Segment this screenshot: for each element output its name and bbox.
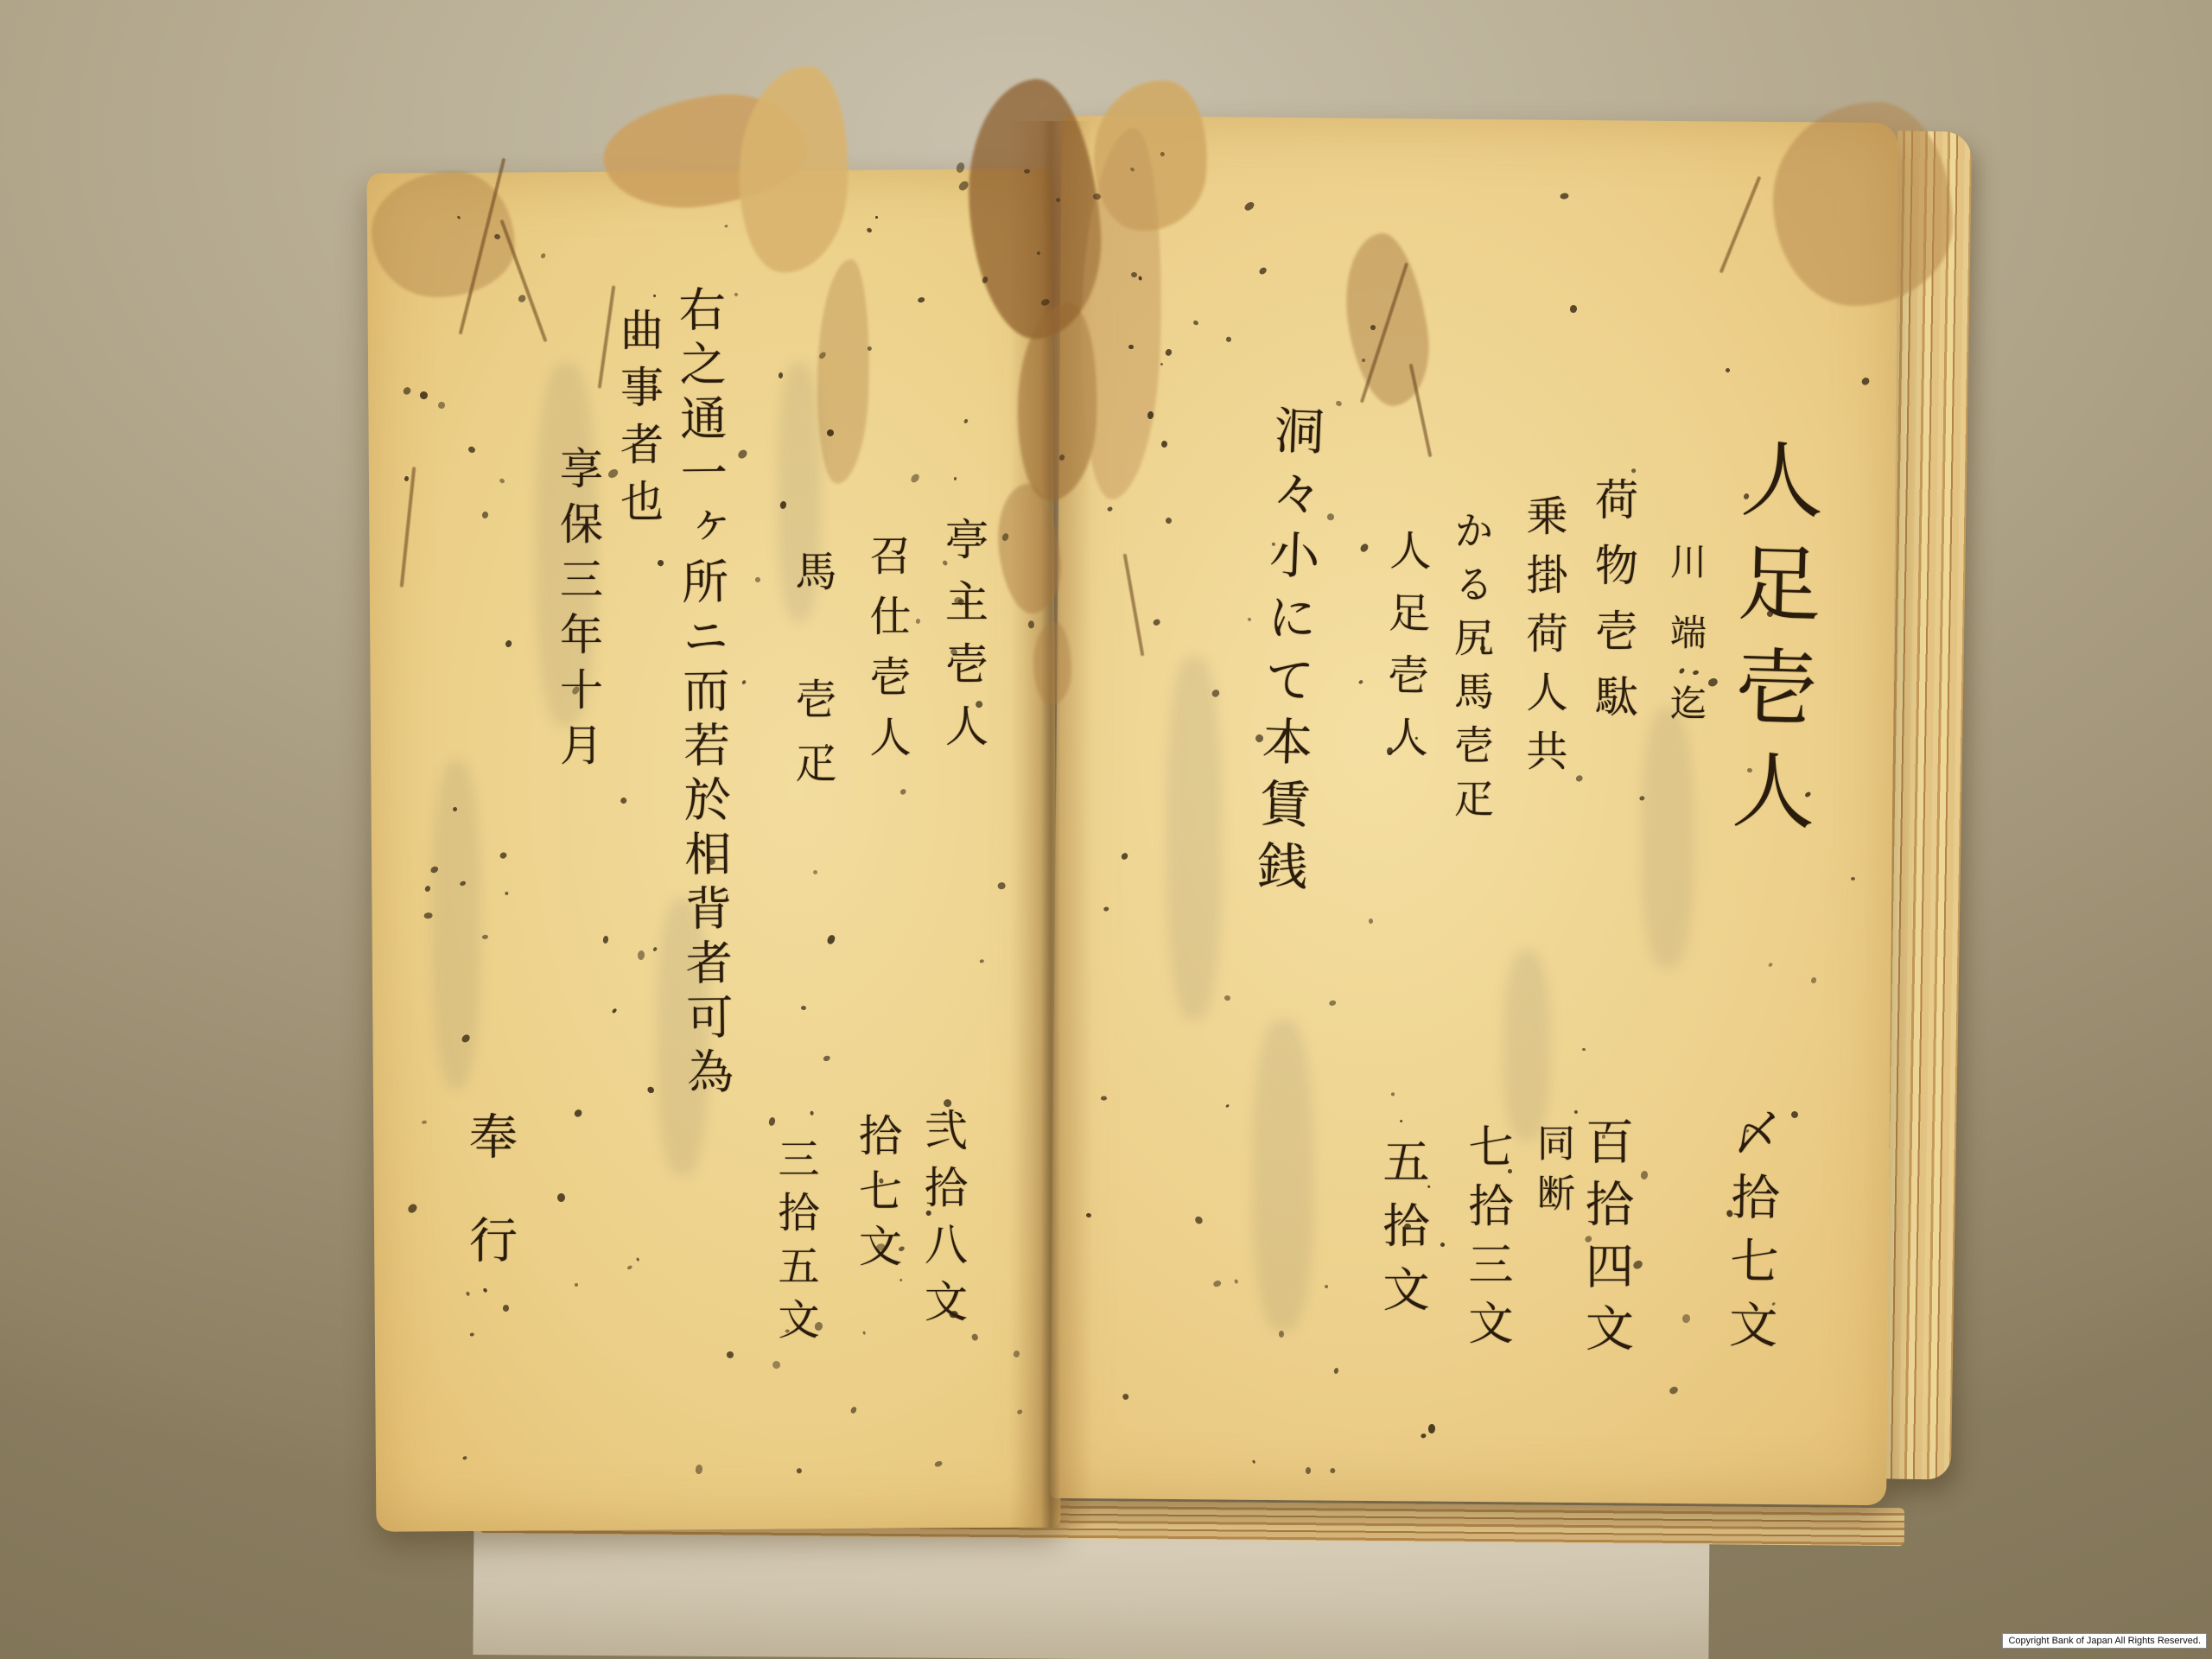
calligraphy-column-porter-small: 人足壱人 xyxy=(1382,529,1427,779)
calligraphy-column-servant: 召仕壱人 xyxy=(866,534,907,776)
price-column-right-3: 七拾三文 xyxy=(1464,1123,1509,1358)
calligraphy-column-decree-body: 右之通一ヶ所ニ而若於相背者可為 xyxy=(675,285,730,1103)
copyright-watermark: Copyright Bank of Japan All Rights Reser… xyxy=(2002,1633,2207,1649)
calligraphy-column-loaded-horse: 乗掛荷人共 xyxy=(1522,494,1564,788)
price-column-right-4: 五拾文 xyxy=(1379,1137,1426,1329)
calligraphy-column-innkeeper: 亭主壱人 xyxy=(942,517,985,766)
photo-open-edo-ledger: 人足壱人 川端迄 荷物壱駄 乗掛荷人共 かる尻馬壱疋 人足壱人 洞々小にて本賃銭… xyxy=(0,0,2212,1659)
calligraphy-column-date-kyoho3: 享保三年十月 xyxy=(556,446,600,778)
price-column-left-1: 弐拾八文 xyxy=(921,1108,964,1336)
price-column-left-2: 拾七文 xyxy=(855,1113,899,1279)
signature-bugyo: 奉行 xyxy=(465,1111,513,1319)
price-column-right-ditto: 同断 xyxy=(1533,1123,1571,1224)
calligraphy-column-horse: 馬 壱疋 xyxy=(791,550,833,805)
calligraphy-column-light-horse: かる尻馬壱疋 xyxy=(1452,510,1491,831)
calligraphy-column-baggage: 荷物壱駄 xyxy=(1592,477,1635,740)
calligraphy-column-porter-main: 人足壱人 xyxy=(1724,435,1818,852)
price-column-left-3: 三拾五文 xyxy=(774,1137,816,1351)
book-gutter-crease xyxy=(1009,121,1092,1528)
price-column-right-1: 〆拾七文 xyxy=(1724,1108,1777,1364)
calligraphy-column-riverbank: 川端迄 xyxy=(1668,543,1704,755)
price-column-right-2: 百拾四文 xyxy=(1581,1116,1630,1365)
calligraphy-column-decree-end: 曲事者也 xyxy=(617,308,660,536)
